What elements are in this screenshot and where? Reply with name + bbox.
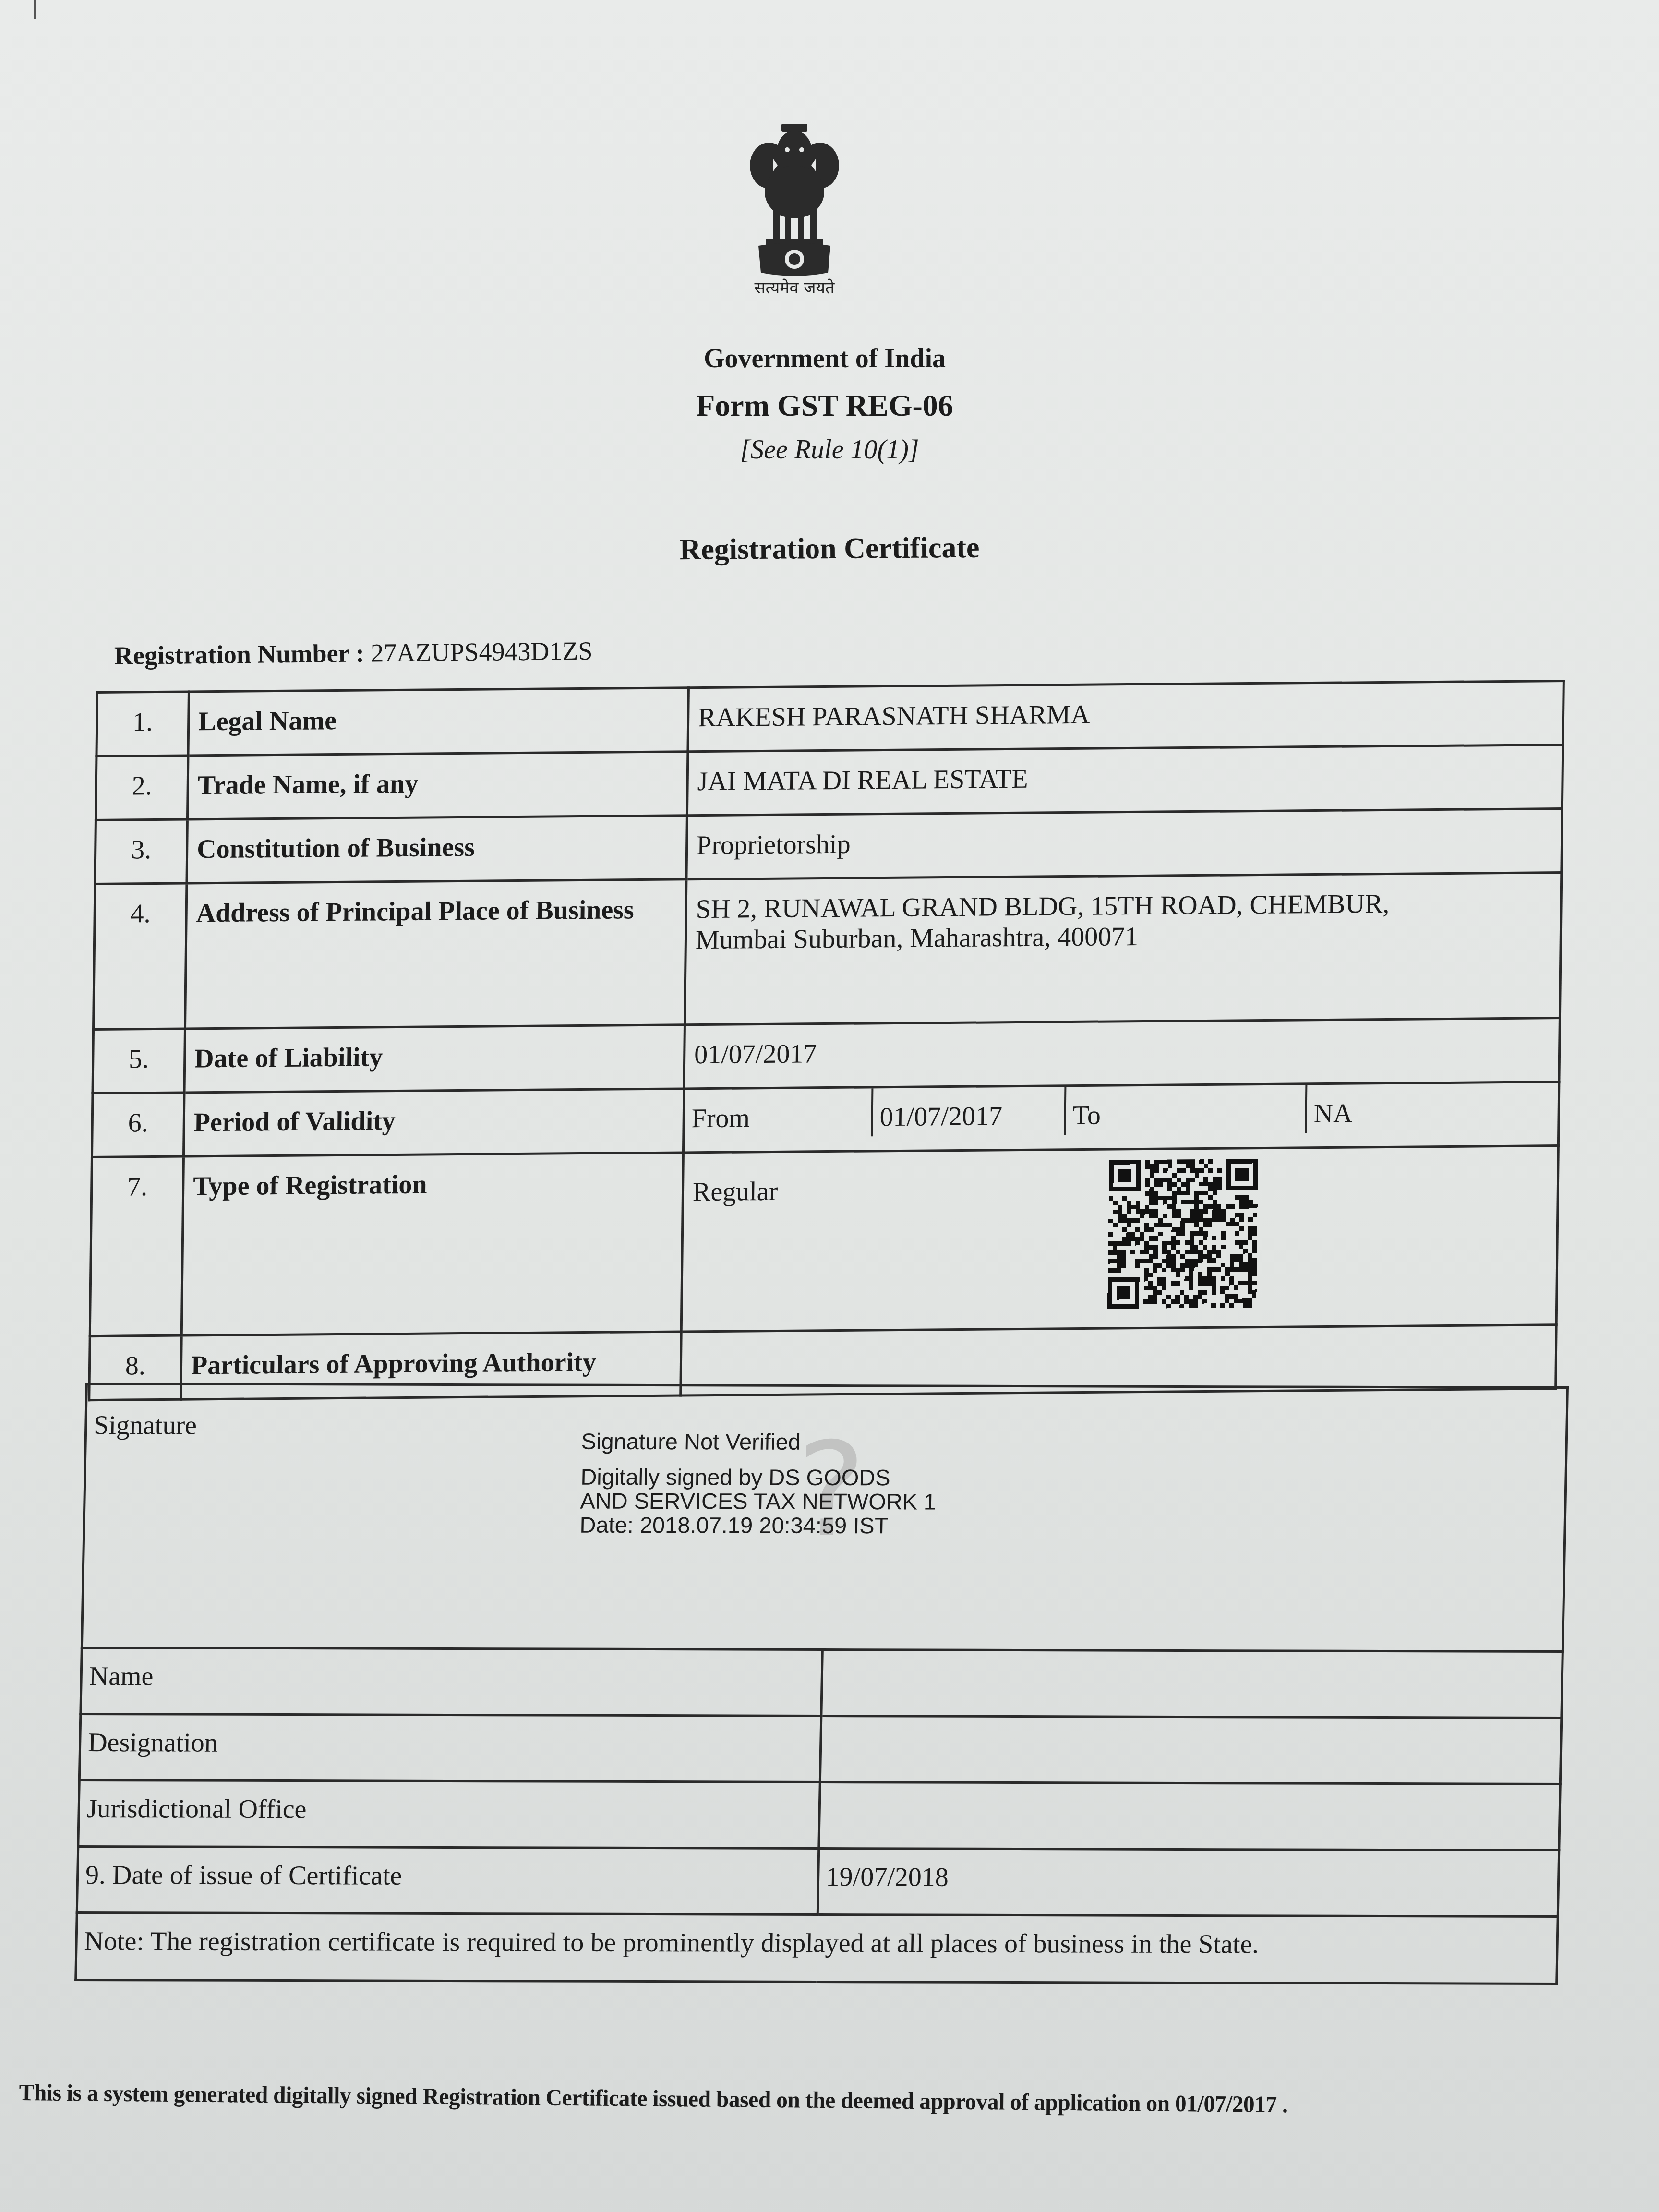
table-row: Designation [79,1714,1562,1784]
signature-area: Signature ? Signature Not Verified Digit… [82,1384,1567,1652]
table-row: 4. Address of Principal Place of Busines… [94,873,1562,1030]
validity-from-label: From [685,1088,873,1138]
row-number: 1. [96,692,189,757]
registration-number: Registration Number : 27AZUPS4943D1ZS [114,636,593,671]
national-emblem-icon [739,120,850,278]
address-value: SH 2, RUNAWAL GRAND BLDG, 15TH ROAD, CHE… [685,873,1561,1025]
row-number: 5. [93,1029,185,1094]
table-row: 6. Period of Validity From 01/07/2017 To… [92,1082,1559,1157]
validity-to-label: To [1066,1085,1307,1135]
issue-date-label: 9. Date of issue of Certificate [77,1846,818,1914]
validity-value: From 01/07/2017 To NA [683,1082,1559,1153]
details-table: 1. Legal Name RAKESH PARASNATH SHARMA 2.… [88,680,1565,1401]
signature-table: Signature ? Signature Not Verified Digit… [74,1382,1569,1985]
trade-name-label: Trade Name, if any [187,752,687,819]
issue-date-value: 19/07/2018 [817,1849,1559,1917]
form-title: Form GST REG-06 [0,388,1654,423]
row-number: 2. [96,756,188,820]
page-edge-mark [34,0,36,19]
registration-number-label: Registration Number : [114,639,365,670]
certificate-title: Registration Certificate [0,526,1659,572]
qr-code-icon[interactable] [1105,1159,1261,1309]
trade-name-value: JAI MATA DI REAL ESTATE [687,745,1563,816]
officer-name-label: Name [81,1647,822,1716]
signature-date: Date: 2018.07.19 20:34:59 IST [579,1513,936,1538]
table-row: 1. Legal Name RAKESH PARASNATH SHARMA [96,681,1563,756]
registration-number-value: 27AZUPS4943D1ZS [371,637,593,668]
table-row: 3. Constitution of Business Proprietorsh… [95,809,1562,884]
registration-type-label: Type of Registration [181,1153,683,1335]
rule-reference: [See Rule 10(1)] [0,434,1659,465]
emblem-motto: सत्यमेव जयते [710,276,878,298]
date-of-liability-value: 01/07/2017 [684,1018,1560,1089]
system-generated-footer: This is a system generated digitally sig… [19,2079,1287,2118]
validity-from-value: 01/07/2017 [873,1087,1066,1136]
jurisdictional-office-value [818,1782,1560,1851]
address-line-2: Mumbai Suburban, Maharashtra, 400071 [696,918,1551,955]
officer-name-value [821,1650,1563,1718]
signature-status: Signature Not Verified [581,1430,938,1455]
signed-by-line-2: AND SERVICES TAX NETWORK 1 [580,1489,937,1514]
government-heading: Government of India [0,343,1654,374]
validity-to-value: NA [1307,1083,1558,1133]
table-row: 2. Trade Name, if any JAI MATA DI REAL E… [96,745,1563,820]
signature-label: Signature [94,1410,197,1441]
row-number: 6. [92,1093,184,1157]
constitution-label: Constitution of Business [187,816,687,883]
legal-name-label: Legal Name [188,688,688,756]
designation-label: Designation [79,1714,821,1782]
row-number: 3. [95,819,188,884]
row-number: 4. [94,883,187,1030]
address-label: Address of Principal Place of Business [185,879,686,1029]
certificate-page: सत्यमेव जयते Government of India Form GS… [0,0,1659,2212]
table-row: Jurisdictional Office [78,1780,1561,1850]
date-of-liability-label: Date of Liability [184,1025,685,1093]
display-note: Note: The registration certificate is re… [76,1912,1558,1984]
table-row: 5. Date of Liability 01/07/2017 [93,1018,1560,1094]
constitution-value: Proprietorship [686,809,1562,879]
designation-value [820,1716,1562,1784]
validity-label: Period of Validity [183,1089,684,1156]
registration-type-cell: Regular [681,1146,1558,1332]
table-row: Name [81,1647,1563,1718]
digital-signature-block[interactable]: Signature Not Verified Digitally signed … [579,1430,938,1538]
legal-name-value: RAKESH PARASNATH SHARMA [688,681,1563,751]
jurisdictional-office-label: Jurisdictional Office [78,1780,820,1848]
table-row: 7. Type of Registration Regular [90,1146,1558,1336]
row-number: 7. [90,1156,183,1336]
signed-by-line-1: Digitally signed by DS GOODS [580,1465,937,1490]
table-row: 9. Date of issue of Certificate 19/07/20… [77,1846,1559,1916]
